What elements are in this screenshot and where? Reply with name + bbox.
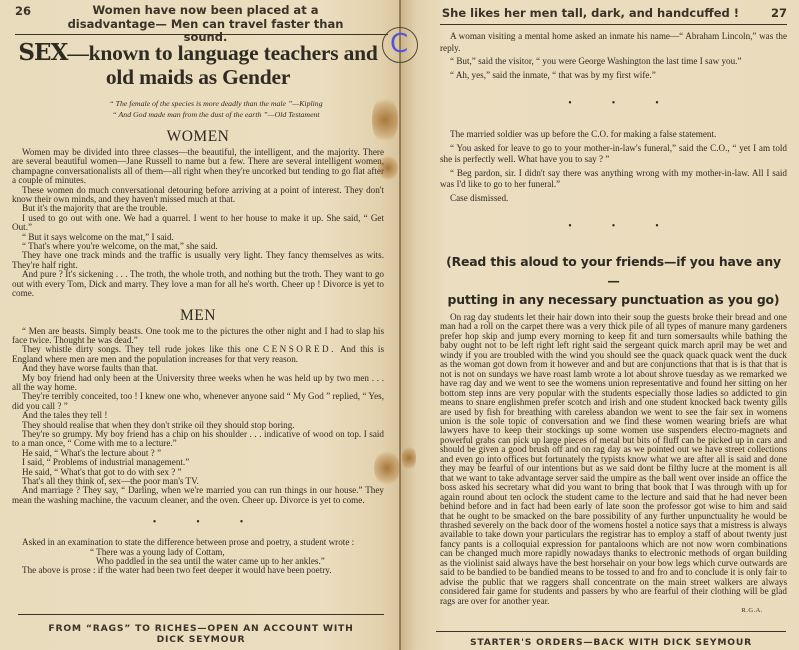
men-section: “ Men are beasts. Simply beasts. One too… xyxy=(10,327,386,506)
left-running-head: 26 Women have now been placed at a disad… xyxy=(15,0,388,35)
paragraph: Women may be divided into three classes—… xyxy=(12,148,384,186)
paragraph-censored: They whistle dirty songs. They tell rude… xyxy=(12,345,384,364)
right-running-head: She likes her men tall, dark, and handcu… xyxy=(440,0,787,25)
paragraph: “ You asked for leave to go to your moth… xyxy=(440,143,787,166)
section-heading-women: WOMEN xyxy=(10,128,386,146)
left-page: 26 Women have now been placed at a disad… xyxy=(0,0,400,650)
section-separator: • • • xyxy=(10,518,386,528)
joke-soldier: The married soldier was up before the C.… xyxy=(440,129,787,204)
section-heading-men: MEN xyxy=(10,307,386,325)
paragraph: “ Ah, yes,” said the inmate, “ that was … xyxy=(440,70,787,82)
paragraph: They're so grumpy. My boy friend has a c… xyxy=(12,430,384,449)
article-title: SEX—known to language teachers and old m… xyxy=(10,41,386,89)
paragraph: And marriage ? They say, “ Darling, when… xyxy=(12,486,384,505)
section-separator: • • • xyxy=(440,222,787,232)
paragraph: “ But,” said the visitor, “ you were Geo… xyxy=(440,56,787,68)
paragraph: They're terribly conceited, too ! I knew… xyxy=(12,392,384,411)
paragraph: And pure ? It's sickening . . . The trot… xyxy=(12,270,384,298)
joke-mental-home: A woman visiting a mental home asked an … xyxy=(440,31,787,81)
prose-poetry-joke: Asked in an examination to state the dif… xyxy=(10,538,386,576)
paragraph: The married soldier was up before the C.… xyxy=(440,129,787,141)
epigraphs: “ The female of the species is more dead… xyxy=(10,98,386,120)
right-page: She likes her men tall, dark, and handcu… xyxy=(400,0,799,650)
paragraph: They have one track minds and the traffi… xyxy=(12,251,384,270)
paragraph: My boy friend had only been at the Unive… xyxy=(12,374,384,393)
book-spine xyxy=(399,0,401,650)
title-rest: —known to language teachers and old maid… xyxy=(67,41,377,89)
author-initials: R.G.A. xyxy=(440,607,787,614)
paragraph: “ Men are beasts. Simply beasts. One too… xyxy=(12,327,384,346)
rust-stain xyxy=(372,95,398,145)
paragraph: A woman visiting a mental home asked an … xyxy=(440,31,787,54)
section-separator: • • • xyxy=(440,99,787,109)
paragraph: The above is prose : if the water had be… xyxy=(12,566,384,575)
paragraph: “ Beg pardon, sir. I didn't say there wa… xyxy=(440,168,787,191)
epigraph-old-testament: “ And God made man from the dust of the … xyxy=(46,109,386,120)
punctuation-puzzle-title: (Read this aloud to your friends—if you … xyxy=(440,252,787,309)
rust-stain xyxy=(402,445,416,471)
copyright-c-icon: C xyxy=(390,30,408,58)
paragraph: These women do much conversational detou… xyxy=(12,186,384,205)
rust-stain xyxy=(378,155,398,181)
paragraph: I used to go out with one. We had a quar… xyxy=(12,214,384,233)
punctuation-puzzle-text: On rag day students let their hair down … xyxy=(440,313,787,614)
library-stamp: C xyxy=(382,27,418,63)
page-number: 26 xyxy=(15,4,53,18)
running-head-text: Women have now been placed at a disadvan… xyxy=(53,4,388,45)
paragraph: On rag day students let their hair down … xyxy=(440,313,787,606)
left-footer: FROM “RAGS” TO RICHES—OPEN AN ACCOUNT WI… xyxy=(18,614,384,645)
title-lead: SEX xyxy=(18,39,67,66)
women-section: Women may be divided into three classes—… xyxy=(10,148,386,299)
epigraph-kipling: “ The female of the species is more dead… xyxy=(46,98,386,109)
right-footer: STARTER'S ORDERS—BACK WITH DICK SEYMOUR xyxy=(436,631,786,648)
page-number: 27 xyxy=(769,6,787,20)
paragraph: Case dismissed. xyxy=(440,193,787,205)
rust-stain xyxy=(374,450,400,486)
running-head-text: She likes her men tall, dark, and handcu… xyxy=(440,6,769,20)
